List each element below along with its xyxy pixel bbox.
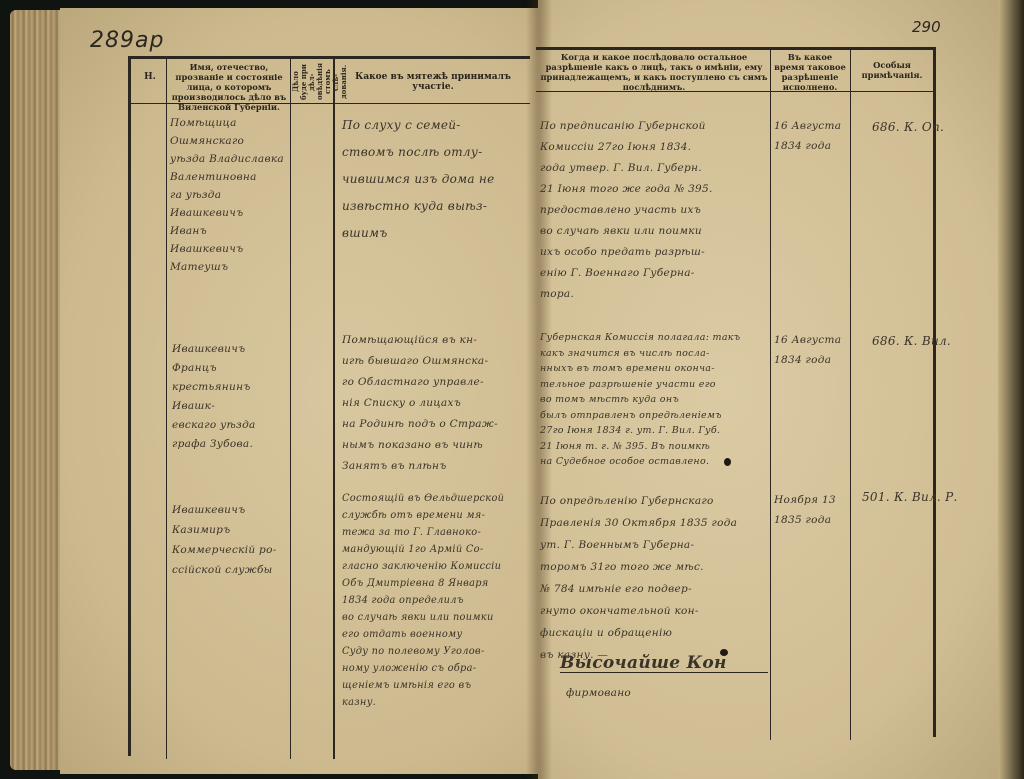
row1-name: Помѣщица Ошмянскаго уѣзда Владиславка Ва… bbox=[170, 114, 290, 276]
book-page-edges bbox=[10, 10, 62, 770]
header-number: Н. bbox=[136, 72, 164, 82]
header-resolution: Когда и какое послѣдовало остальное разр… bbox=[540, 52, 768, 92]
row2-executed: 16 Августа 1834 года bbox=[774, 330, 850, 370]
col-rule-left-border bbox=[128, 56, 131, 756]
row3-resolution: По опредѣленію Губернскаго Правленія 30 … bbox=[540, 490, 770, 666]
row2-resolution: Губернская Комиссія полагала: такъ какъ … bbox=[540, 330, 770, 470]
open-ledger-book: 289ар 290 Н. Имя, отечество, прозваніе и… bbox=[0, 0, 1024, 779]
table-top-rule-right bbox=[536, 47, 936, 50]
row3-resolution-title: Высочайше Кон bbox=[560, 652, 780, 674]
right-page-number: 290 bbox=[912, 18, 941, 36]
col-rule-4 bbox=[770, 50, 771, 740]
row3-name: Ивашкевичъ Казимиръ Коммерческій ро- ссі… bbox=[172, 500, 290, 580]
row2-notes: 686. К. Вил. bbox=[872, 330, 1012, 352]
row1-resolution: По предписанію Губернской Комиссіи 27го … bbox=[540, 116, 770, 305]
row3-resolution-after: фирмовано bbox=[566, 682, 726, 704]
left-page-number: 289ар bbox=[90, 28, 164, 53]
col-rule-5 bbox=[850, 50, 851, 740]
header-participation: Какое въ мятежѣ принималъ участіе. bbox=[338, 72, 528, 92]
ink-blot bbox=[720, 649, 728, 656]
row3-notes: 501. К. Вил. Р. bbox=[862, 486, 1012, 508]
row3-participation: Состоящій въ Ѳельдшерской службѣ отъ вре… bbox=[342, 490, 530, 711]
col-rule-3 bbox=[333, 59, 335, 759]
row2-name: Ивашкевичъ Францъ крестьянинъ Ивашк- евс… bbox=[172, 340, 290, 454]
row1-participation: По слуху с семей- ствомъ послѣ отлу- чив… bbox=[342, 112, 530, 247]
header-notes: Особыя примѣчанія. bbox=[852, 60, 932, 80]
header-name: Имя, отечество, прозваніе и состояніе ли… bbox=[170, 62, 288, 112]
col-rule-2 bbox=[290, 59, 291, 759]
header-executed: Въ какое время таковое разрѣшеніе исполн… bbox=[772, 52, 848, 92]
table-top-rule-left bbox=[128, 56, 530, 59]
ink-blot bbox=[724, 458, 731, 466]
col-rule-1 bbox=[166, 59, 167, 759]
row2-participation: Помѣщающійся въ кн- игѣ бывшаго Ошмянска… bbox=[342, 330, 530, 477]
row3-executed: Ноября 13 1835 года bbox=[774, 490, 850, 530]
row3-title-underline bbox=[560, 672, 768, 673]
row1-notes: 686. К. Оп. bbox=[872, 116, 1012, 138]
row1-executed: 16 Августа 1834 года bbox=[774, 116, 850, 156]
col-rule-right-border bbox=[933, 47, 936, 737]
header-case-timing: Дѣло буде при дѣл­овѣдѣ­нія с­томъ слѣ­д… bbox=[292, 62, 330, 102]
